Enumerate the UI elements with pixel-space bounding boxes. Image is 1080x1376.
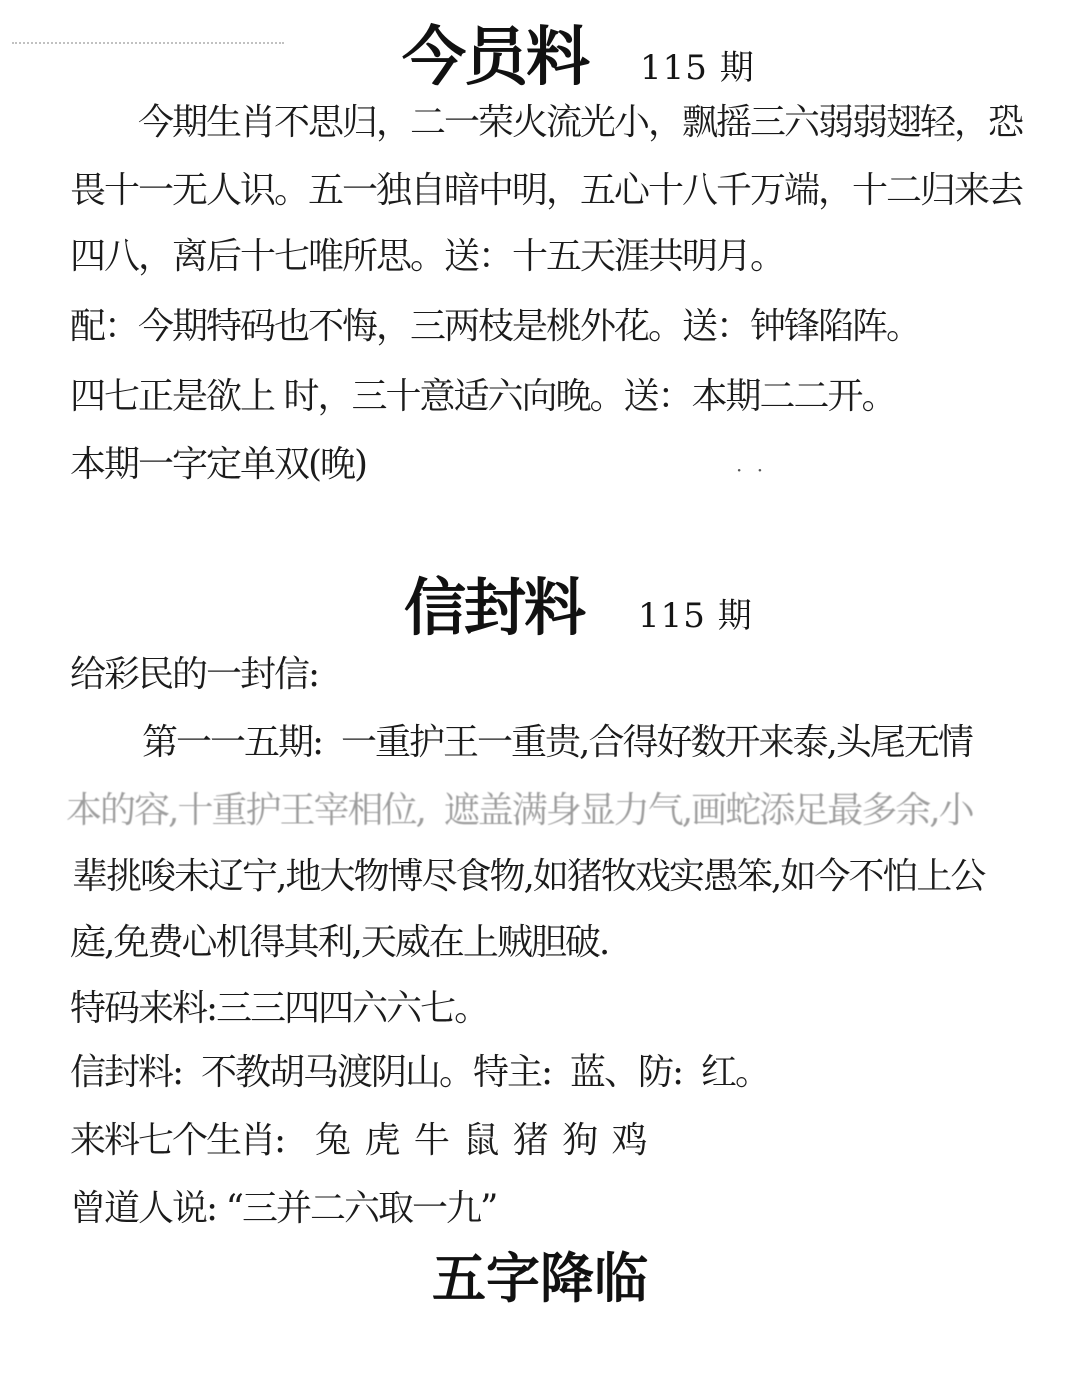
scanned-lottery-tip-sheet: 今员料 115 期 今期生肖不思归，二一荣火流光小，飘摇三六弱弱翅轻，恐 畏十一… <box>0 0 1080 1376</box>
envelope-tip-line: 信封料: 不教胡马渡阴山。特主: 蓝、防: 红。 <box>70 1050 769 1095</box>
envelope-letter-line-1: 第一一五期: 一重护王一重贵,合得好数开来泰,头尾无情 <box>142 720 972 765</box>
member-section-title: 今员料 <box>402 6 588 98</box>
footer-title: 五字降临 <box>432 1236 648 1313</box>
member-single-double-line: 本期一字定单双(晚) <box>70 442 366 487</box>
envelope-salutation: 给彩民的一封信: <box>70 652 318 697</box>
envelope-issue-number: 115 期 <box>638 588 753 637</box>
member-verse-line-5: 四七正是欲上 时，三十意适六向晚。送：本期二二开。 <box>70 374 895 419</box>
envelope-letter-line-4: 庭,免费心机得其利,天威在上贼胆破. <box>70 920 608 965</box>
scan-artifact-dotted-line <box>12 42 284 44</box>
scan-artifact-dots: · · <box>736 458 767 482</box>
member-pair-line: 配：今期特码也不悔，三两枝是桃外花。送：钟锋陷阵。 <box>70 304 920 349</box>
member-verse-line-1: 今期生肖不思归，二一荣火流光小，飘摇三六弱弱翅轻，恐 <box>138 100 1022 145</box>
envelope-letter-line-2-faded: 本的容,十重护王宰相位, 遮盖满身显力气,画蛇添足最多余,小 <box>66 788 973 833</box>
zeng-daoren-line: 曾道人说: “三并二六取一九” <box>70 1186 496 1231</box>
member-verse-line-3: 四八，离后十七唯所思。送：十五天涯共明月。 <box>70 234 784 279</box>
special-code-line: 特码来料:三三四四六六七。 <box>70 986 488 1031</box>
member-issue-number: 115 期 <box>640 40 755 89</box>
envelope-section-title: 信封料 <box>404 558 584 647</box>
envelope-letter-line-3: 辈挑唆未辽宁,地大物博尽食物,如猪牧戏实愚笨,如今不怕上公 <box>72 854 984 899</box>
member-verse-line-2: 畏十一无人识。五一独自暗中明，五心十八千万端，十二归来去 <box>70 168 1022 213</box>
zodiac-line: 来料七个生肖: 兔 虎 牛 鼠 猪 狗 鸡 <box>70 1118 646 1163</box>
